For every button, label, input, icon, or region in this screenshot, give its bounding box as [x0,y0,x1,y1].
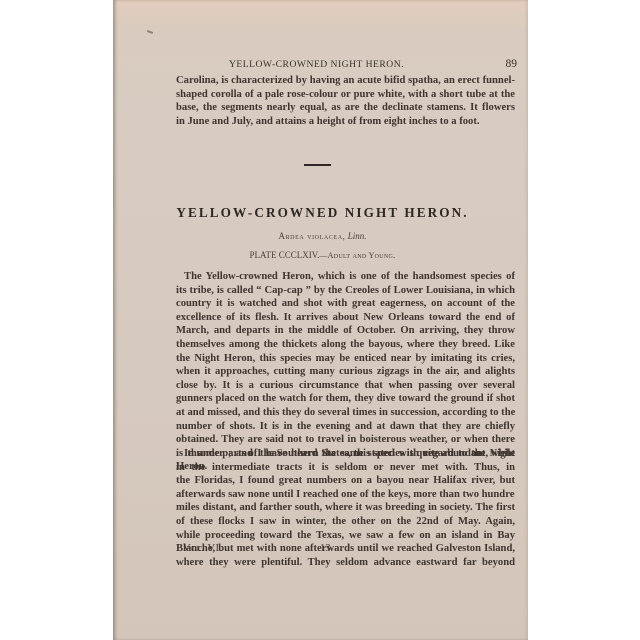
text-line: number of shots. It is in the evening an… [176,420,515,434]
text-line: excellence of its flesh. It arrives abou… [176,311,515,325]
running-head: YELLOW-CROWNED NIGHT HERON. 89 [175,59,517,73]
text-line: Carolina, is characterized by having an … [176,74,515,88]
section-divider-rule [304,164,331,166]
text-line: miles distant, and farther south, where … [176,501,515,515]
text-line: the Floridas, I found great numbers on a… [176,474,515,488]
text-line: when it approaches, cutting many curious… [176,365,515,379]
text-line: the Night Heron, this species may be ent… [176,352,515,366]
page-number: 89 [506,58,518,70]
text-line: close by. It is a curious circumstance t… [176,379,515,393]
text-line: at and missed, and this they do several … [176,406,515,420]
book-page: YELLOW-CROWNED NIGHT HERON. 89 Carolina,… [113,0,528,640]
text-line: In some parts of the Southern States, th… [176,447,515,461]
text-line: while proceeding toward the Texas, we sa… [176,529,515,543]
text-line: country it is watched and shot with grea… [176,297,515,311]
text-line: shaped corolla of a pale rose-colour or … [176,88,515,102]
body-paragraph-1: The Yellow-crowned Heron, which is one o… [176,270,515,474]
text-line: March, and departs in the middle of Octo… [176,324,515,338]
text-line: its tribe, is called “ Cap-cap ” by the … [176,284,515,298]
text-line: in the intermediate tracts it is seldom … [176,461,515,475]
taxonomic-authority: Linn. [348,231,367,241]
continued-paragraph: Carolina, is characterized by having an … [176,74,515,128]
text-line: of these flocks I saw in winter, the oth… [176,515,515,529]
plate-caption: —Adult and Young. [319,251,395,260]
volume-label: Vol. VI. [183,543,223,554]
running-head-title: YELLOW-CROWNED NIGHT HERON. [229,59,404,70]
text-line: gunners placed on the watch for them, th… [176,392,515,406]
scientific-name-line: Ardea violacea, Linn. [113,231,528,241]
plate-label: PLATE CCCLXIV. [250,250,320,260]
plate-line: PLATE CCCLXIV.—Adult and Young. [113,250,528,260]
text-line: in June and July, and attains a height o… [176,115,515,129]
text-line: The Yellow-crowned Heron, which is one o… [176,270,515,284]
scientific-name: Ardea violacea, [278,231,345,241]
ink-speck [147,30,153,34]
article-title: YELLOW-CROWNED NIGHT HERON. [113,205,528,221]
text-line: where they were plentiful. They seldom a… [176,556,515,570]
text-line: afterwards saw none until I reached one … [176,488,515,502]
text-line: base, the segments nearly equal, as are … [176,101,515,115]
text-line: themselves among the thickets along the … [176,338,515,352]
signature-mark: 13 [320,543,331,554]
page-footer: Vol. VI. 13 [183,543,463,557]
text-line: obtained. They are said not to travel in… [176,433,515,447]
